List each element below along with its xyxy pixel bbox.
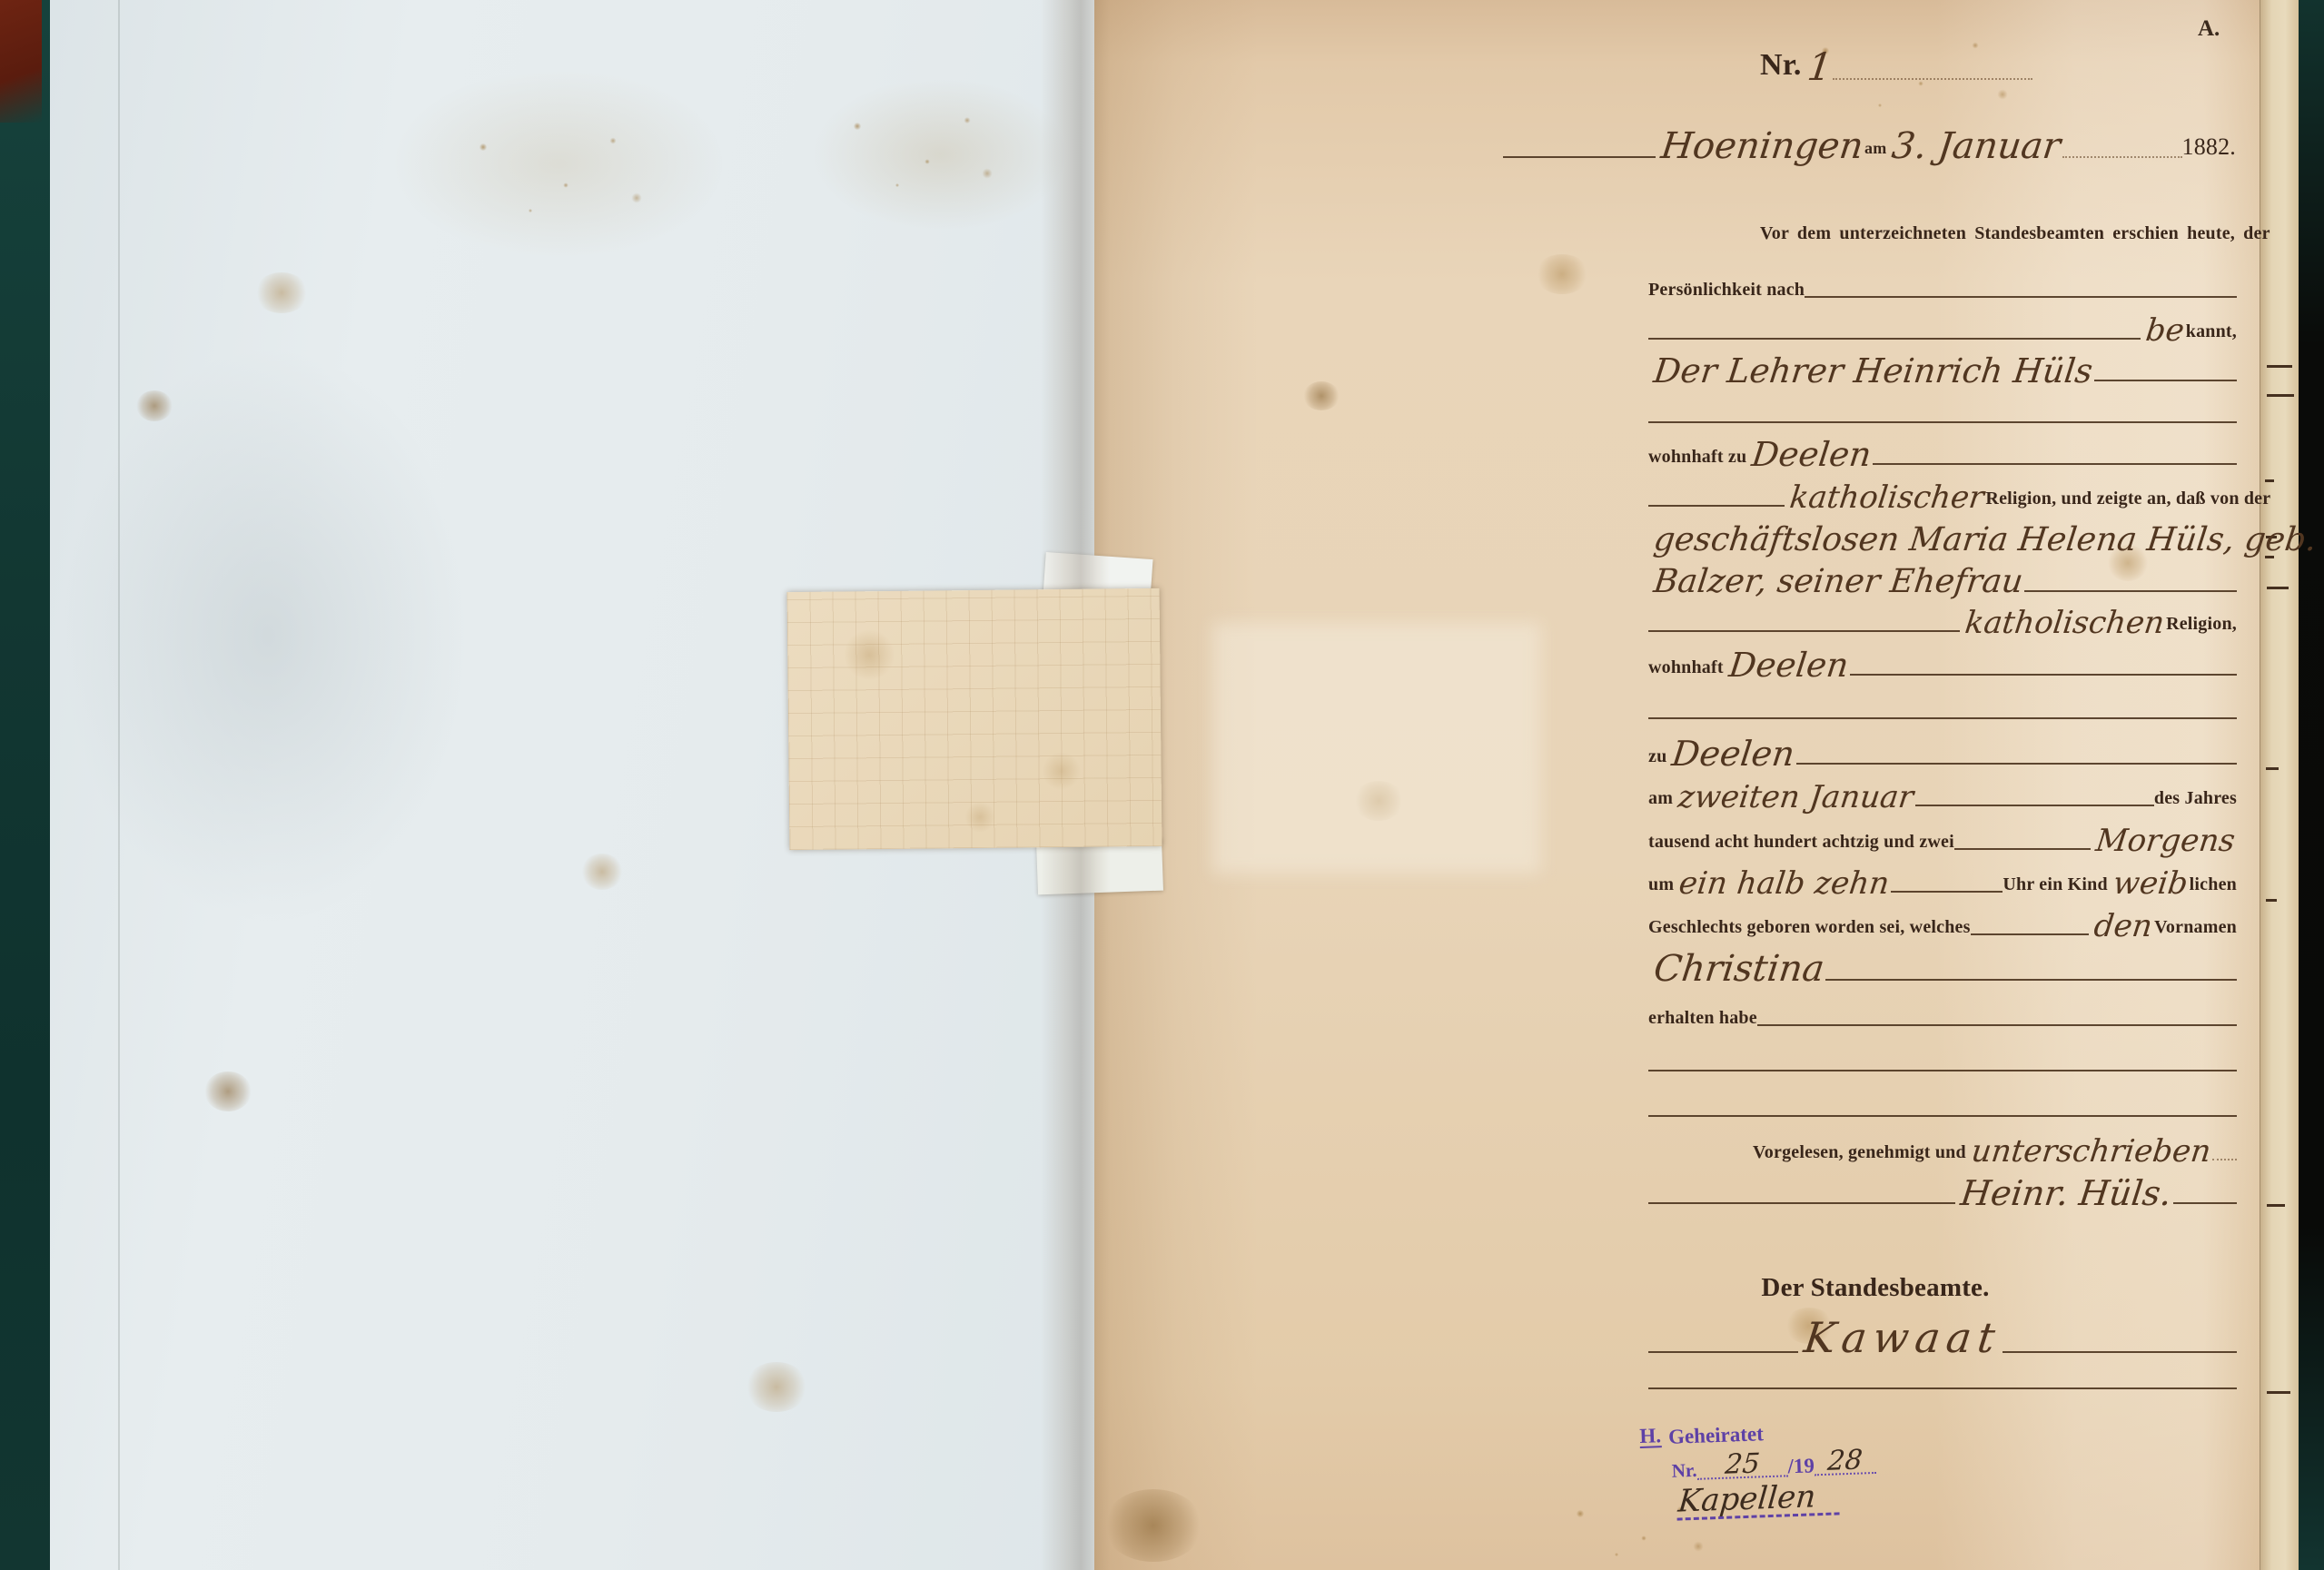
form-line-child-name: Christina — [1648, 941, 2237, 986]
ruled-line — [1648, 1202, 1955, 1204]
form-line-declarant: Der Lehrer Heinrich Hüls — [1648, 341, 2237, 387]
ruled-line — [1503, 156, 1656, 158]
birthplace-value: Deelen — [1670, 737, 1796, 770]
marriage-annotation-stamp: H. Geheiratet Nr. 25 /19 28 Kapellen — [1639, 1415, 1943, 1528]
vornamen-printed: Vornamen — [2154, 918, 2237, 936]
time-of-day-handwritten: Morgens — [2094, 826, 2237, 855]
geschlechts-printed: Geschlechts geboren worden sei, welches — [1648, 918, 1971, 936]
stamp-heading: Geheiratet — [1668, 1423, 1764, 1447]
page-label: A. — [2198, 16, 2220, 42]
declarant-signature: Heinr. Hüls. — [1959, 1177, 2173, 1210]
birthdate-value: zweiten Januar — [1676, 783, 1915, 812]
form-line-declarant-signature: Heinr. Hüls. — [1648, 1162, 2237, 1210]
record-number-value: 1 — [1805, 49, 1834, 85]
form-line-blank — [1648, 387, 2237, 429]
form-line-bekannt: be kannt, — [1648, 303, 2237, 345]
ruled-line — [1825, 979, 2237, 981]
dateline-am: am — [1864, 140, 1886, 156]
ruled-line — [1648, 338, 2141, 340]
declarant-name: Der Lehrer Heinrich Hüls — [1652, 355, 2094, 387]
erhalten-habe-printed: erhalten habe — [1648, 1009, 1757, 1027]
form-line-time: um ein halb zehn Uhr ein Kind weib liche… — [1648, 856, 2237, 898]
registrar-signature-line: Kawaat — [1648, 1306, 2237, 1358]
book-cover-left-edge — [0, 0, 56, 1570]
form-line-persoenlichkeit: Persönlichkeit nach — [1648, 262, 2237, 303]
page-edge-tick — [2267, 394, 2294, 397]
mother-maiden-name: Balzer, seiner Ehefrau — [1652, 567, 2024, 597]
closing-printed: Vorgelesen, genehmigt und — [1753, 1143, 1966, 1161]
ruled-line — [1915, 805, 2154, 806]
ruled-line — [1648, 1387, 2237, 1389]
ruled-line — [2173, 1202, 2237, 1204]
sex-handwritten: weib — [2111, 869, 2190, 898]
religion-mother-printed: Religion, — [2166, 615, 2237, 633]
residence2-value: Deelen — [1727, 649, 1850, 681]
book-cover-right-edge — [2296, 0, 2324, 1570]
dateline-date: 3. Januar — [1890, 129, 2062, 163]
stamp-nr-label: Nr. — [1671, 1461, 1697, 1481]
time-value: ein halb zehn — [1677, 869, 1891, 898]
form-line-mother-1: geschäftslosen Maria Helena Hüls, geb. — [1648, 509, 2237, 556]
page-edge-tick — [2266, 899, 2277, 902]
ruled-line — [1648, 421, 2237, 423]
form-line-birthdate: am zweiten Januar des Jahres — [1648, 770, 2237, 812]
ruled-line — [1954, 848, 2091, 850]
des-jahres-printed: des Jahres — [2154, 789, 2237, 807]
page-edge-tick — [2265, 479, 2274, 482]
pasted-paper-patch-right — [1212, 623, 1541, 874]
ruled-line — [2024, 590, 2237, 592]
religion-mother-handwritten: katholischen — [1963, 608, 2166, 637]
lichen-printed: lichen — [2190, 875, 2237, 894]
form-line-blank — [1648, 683, 2237, 725]
ruled-line — [1648, 717, 2237, 719]
ruled-line — [1796, 763, 2237, 765]
ruled-line — [1648, 505, 1785, 507]
page-edge-tick — [2267, 1204, 2285, 1207]
pasted-squared-paper-patch — [787, 588, 1162, 850]
den-handwritten: den — [2092, 912, 2154, 941]
year-words-printed: tausend acht hundert achtzig und zwei — [1648, 833, 1954, 851]
residence-value: Deelen — [1750, 439, 1873, 470]
scanned-register-spread: A. Nr. 1 Hoeningen am 3. Januar 1882. Vo… — [0, 0, 2324, 1570]
ruled-line — [1971, 933, 2090, 935]
stamp-nr-fill: 25 — [1696, 1450, 1788, 1479]
ruled-line — [1850, 674, 2237, 676]
record-number-label: Nr. — [1760, 50, 1802, 81]
page-edge-tick — [2267, 587, 2289, 589]
mother-name: geschäftslosen Maria Helena Hüls, geb. — [1652, 525, 2319, 556]
form-line-blank — [1648, 1035, 2237, 1077]
dateline: Hoeningen am 3. Januar 1882. — [1503, 109, 2236, 163]
record-number-line: Nr. 1 — [1760, 33, 2032, 85]
ruled-line — [1833, 78, 2032, 80]
stamp-heading-prefix: H. — [1639, 1425, 1661, 1448]
stamp-year-value: 28 — [1826, 1447, 1864, 1473]
stamp-number-line: Nr. 25 /19 28 — [1671, 1445, 1941, 1480]
child-name: Christina — [1652, 952, 1826, 986]
form-line-erhalten: erhalten habe — [1648, 990, 2237, 1032]
ruled-line — [1757, 1024, 2237, 1026]
ruled-line — [1805, 296, 2237, 298]
stamp-place-line: Kapellen — [1641, 1478, 1942, 1521]
form-line-intro: Vor dem unterzeichneten Standesbeamten e… — [1760, 214, 2237, 247]
time-label: um — [1648, 875, 1674, 894]
form-line-religion-mother: katholischen Religion, — [1648, 596, 2237, 637]
ruled-line — [2062, 156, 2182, 158]
stamp-year-prefix: /19 — [1787, 1455, 1815, 1476]
dateline-year: 1882. — [2182, 135, 2237, 159]
ruled-line — [1648, 1115, 2237, 1117]
form-line-geschlechts: Geschlechts geboren worden sei, welches … — [1648, 899, 2237, 941]
bekannt-printed: kannt, — [2186, 322, 2237, 341]
stamp-year-fill: 28 — [1814, 1447, 1876, 1476]
form-line-residence: wohnhaft zu Deelen — [1648, 429, 2237, 470]
religion-father-printed: Religion, und zeigte an, daß von der — [1985, 489, 2270, 508]
ruled-line — [1648, 1070, 2237, 1071]
book-cover-red-corner — [0, 0, 42, 123]
form-line-mother-2: Balzer, seiner Ehefrau — [1648, 552, 2237, 597]
form-line-religion-father: katholischer Religion, und zeigte an, da… — [1648, 470, 2237, 512]
ruled-line — [2212, 1159, 2237, 1160]
form-line-blank — [1648, 1353, 2237, 1395]
page-edge-tick — [2267, 365, 2292, 368]
dateline-place: Hoeningen — [1659, 129, 1865, 163]
form-line-residence-2: wohnhaft Deelen — [1648, 639, 2237, 681]
form-line-blank — [1648, 1081, 2237, 1122]
form-line-year-words: tausend acht hundert achtzig und zwei Mo… — [1648, 814, 2237, 855]
ruled-line — [1891, 891, 2003, 893]
stamp-nr-value: 25 — [1724, 1451, 1761, 1476]
form-line-birthplace: zu Deelen — [1648, 725, 2237, 770]
left-page-crease — [118, 0, 120, 1570]
ruled-line — [1648, 630, 1960, 632]
birthplace-label: zu — [1648, 747, 1666, 765]
ruled-line — [1873, 463, 2237, 465]
page-edge-tick — [2267, 1391, 2290, 1394]
residence2-label: wohnhaft — [1648, 658, 1724, 676]
intro-text: Vor dem unterzeichneten Standesbeamten e… — [1760, 224, 2270, 242]
persoenlichkeit-label: Persönlichkeit nach — [1648, 281, 1805, 299]
birthdate-label: am — [1648, 789, 1673, 807]
uhr-ein-kind-printed: Uhr ein Kind — [2003, 875, 2107, 894]
stamp-place-underline: Kapellen — [1676, 1482, 1839, 1520]
ruled-line — [2094, 380, 2237, 381]
page-edge-tick — [2266, 767, 2279, 770]
form-line-closing: Vorgelesen, genehmigt und unterschrieben — [1753, 1124, 2237, 1166]
stamp-place: Kapellen — [1677, 1483, 1817, 1516]
registrar-title-line: Der Standesbeamte. — [1648, 1269, 2102, 1306]
residence-label: wohnhaft zu — [1648, 448, 1746, 466]
registrar-title: Der Standesbeamte. — [1761, 1275, 1989, 1301]
